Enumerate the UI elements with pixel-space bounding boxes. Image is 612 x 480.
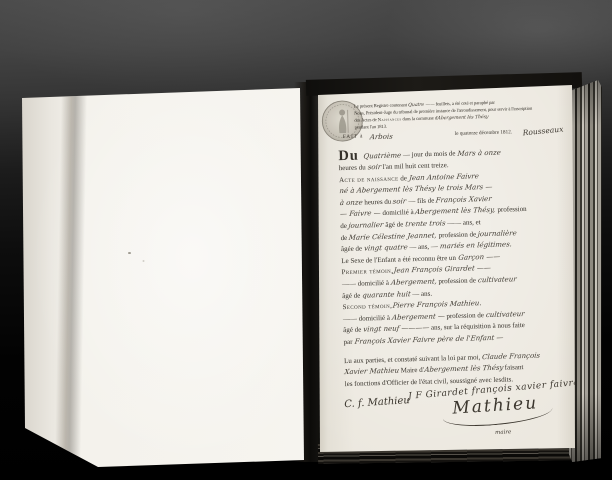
handwritten-entry: Mars à onze: [457, 147, 502, 160]
mayor-title-annotation: maire: [495, 429, 511, 435]
register-act-page: Premier. Le: [314, 78, 578, 460]
printed-form-text: heures du: [362, 198, 393, 207]
handwritten-entry: trente trois: [405, 218, 446, 231]
left-blank-page: [20, 84, 306, 470]
printed-form-text: profession de: [437, 230, 478, 239]
printed-form-text: profession de: [445, 311, 486, 320]
printed-form-text: profession de: [437, 276, 478, 285]
printed-form-text: âgé de: [343, 326, 363, 335]
printed-form-text: Naissances: [378, 117, 402, 123]
scanned-register-photograph: Premier. Le: [0, 0, 612, 480]
printed-form-text: Le présent Registre contenant: [354, 103, 408, 110]
printed-form-text: de: [398, 174, 408, 182]
handwritten-entry: cultivateur: [485, 309, 525, 322]
handwritten-entry: vingt quatre: [363, 243, 408, 256]
page-crease: [55, 84, 88, 470]
printed-form-text: — ans, —: [407, 243, 439, 252]
printed-form-text: ans, sur la réquisition à nous faite: [429, 321, 525, 332]
handwritten-entry: Xavier Mathieu: [344, 366, 400, 379]
handwritten-entry: journalier: [348, 220, 384, 233]
page-content: Premier. Le: [313, 71, 588, 460]
printed-form-text: âgé de: [383, 220, 405, 229]
printed-form-text: par: [343, 338, 354, 346]
printed-form-text: profession: [496, 205, 527, 214]
printed-form-text: âgée de: [341, 245, 364, 254]
printed-form-text: —— ans, et: [445, 218, 481, 227]
handwritten-entry: Abergement lès Thésy,: [415, 205, 496, 219]
printed-form-text: feuillets, a été coté et paraphé par: [434, 101, 494, 108]
handwritten-entry: cultivateur: [477, 274, 517, 287]
handwritten-entry: mariés en légitimes.: [439, 240, 512, 254]
fait-a-printed-label: FAIT à: [343, 133, 364, 140]
printed-form-text: Le Sexe de l'Enfant a été reconnu être u…: [341, 254, 458, 265]
handwritten-entry: Abergement lès Thésy: [423, 363, 503, 377]
printed-form-text: des Actes de: [354, 118, 377, 124]
signature-official-witness: C. f. Mathieu: [344, 395, 410, 410]
handwritten-entry: Abergement,: [390, 276, 437, 289]
birth-act-body: Du Quatrième — jour du mois de Mars à on…: [338, 145, 579, 391]
paper-specks: [128, 252, 131, 254]
printed-form-text: — jour du mois de: [401, 149, 457, 159]
printed-form-text: Maire d': [399, 366, 424, 375]
printed-form-text: heures du: [339, 163, 368, 172]
printed-form-text: —— domicilié à: [342, 279, 391, 288]
printed-form-text: Second témoin,: [342, 302, 392, 311]
printed-form-text: pendant l'an 1813.: [354, 125, 387, 131]
printed-form-text: Acte de naissance: [339, 174, 399, 184]
printed-form-text: Premier témoin,: [341, 267, 393, 276]
handwritten-entry: Claude François: [482, 350, 541, 363]
handwritten-entry: soir: [367, 162, 382, 174]
printed-form-text: faisant: [503, 363, 524, 372]
fait-place-handwritten: Arbois: [369, 133, 393, 142]
printed-form-text: l'an mil huit cent treize.: [381, 161, 449, 171]
printed-form-text: domicilié à: [381, 209, 416, 218]
handwritten-entry: Abergement lès Thésy: [438, 115, 490, 123]
handwritten-entry: Quatre ——: [408, 102, 435, 110]
printed-form-text: — fils de: [406, 196, 436, 205]
handwritten-entry: Quatrième: [363, 150, 402, 163]
printed-form-text: dans la commune d': [401, 116, 438, 122]
printed-form-text: — ans.: [410, 289, 432, 298]
printed-form-text: âgé de: [342, 291, 362, 300]
register-date: le quatorze décembre 1812.: [455, 129, 512, 137]
printed-form-text: —— domicilié à: [343, 314, 392, 323]
handwritten-entry: soir: [393, 196, 408, 208]
